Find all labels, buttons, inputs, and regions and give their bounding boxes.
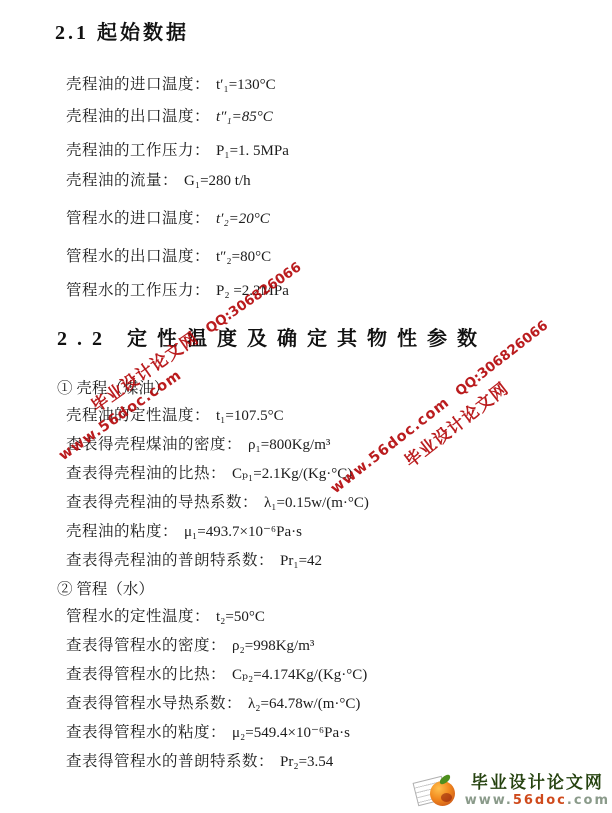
section-2-2-content: ① 壳程（煤油）壳程油的定性温度：t₁=107.5°C查表得壳程煤油的密度：ρ₁…	[57, 380, 369, 782]
line-label: 查表得壳程油的导热系数：	[66, 494, 258, 511]
line-label: 管程水的定性温度：	[66, 608, 210, 625]
watermark-site-name: 毕业设计论文网	[398, 332, 568, 472]
data-line: 查表得壳程油的普朗特系数：Pr₁=42	[66, 552, 369, 570]
line-value: ρ₂=998Kg/m³	[232, 638, 314, 654]
line-value: λ₂=64.78w/(m·°C)	[248, 696, 360, 712]
data-line: 查表得壳程煤油的密度：ρ₁=800Kg/m³	[66, 436, 369, 454]
logo-site-name: 毕业设计论文网	[465, 774, 610, 793]
logo-url-domain: 56doc	[513, 793, 567, 808]
logo-text: 毕业设计论文网 www.56doc.com	[465, 774, 610, 808]
data-line: 查表得壳程油的导热系数：λ₁=0.15w/(m·°C)	[66, 494, 369, 512]
line-label: 壳程油的出口温度：	[66, 108, 210, 125]
line-value: t′₁=130°C	[216, 77, 276, 93]
data-line: 管程水的定性温度：t₂=50°C	[66, 608, 369, 626]
data-line: 查表得管程水的密度：ρ₂=998Kg/m³	[66, 637, 369, 655]
section-2-1-title: 2.1 起始数据	[55, 16, 189, 45]
section-2-2-title: 2.2 定性温度及确定其物性参数	[57, 322, 487, 351]
logo-url-prefix: www.	[465, 793, 513, 808]
line-value: t₁=107.5°C	[216, 408, 284, 424]
data-line: 管程水的进口温度：t′₂=20°C	[66, 210, 289, 228]
logo-url: www.56doc.com	[465, 793, 610, 808]
orange-blotch-shape	[441, 793, 452, 802]
line-label: 查表得管程水的比热：	[66, 666, 226, 683]
line-label: 查表得管程水的粘度：	[66, 724, 226, 741]
data-line: 查表得管程水的粘度：μ₂=549.4×10⁻⁶Pa·s	[66, 724, 369, 742]
data-line: 查表得壳程油的比热：Cₚ₁=2.1Kg/(Kg·°C)	[66, 465, 369, 483]
line-label: 查表得管程水导热系数：	[66, 695, 242, 712]
line-label: 查表得壳程油的比热：	[66, 465, 226, 482]
data-line: 查表得管程水的普朗特系数：Pr₂=3.54	[66, 753, 369, 771]
line-label: 壳程油的粘度：	[66, 523, 178, 540]
line-label: 壳程油的进口温度：	[66, 76, 210, 93]
data-line: 壳程油的进口温度：t′₁=130°C	[66, 76, 289, 94]
line-value: t″₂=80°C	[216, 249, 271, 265]
logo-url-suffix: .com	[567, 793, 610, 808]
line-label: 查表得管程水的普朗特系数：	[66, 753, 274, 770]
line-value: Pr₂=3.54	[280, 754, 333, 770]
line-value: t₂=50°C	[216, 609, 265, 625]
line-value: t″₁=85°C	[216, 109, 273, 125]
orange-book-icon	[412, 772, 462, 810]
line-value: t′₂=20°C	[216, 211, 270, 227]
document-page: 2.1 起始数据 壳程油的进口温度：t′₁=130°C壳程油的出口温度：t″₁=…	[0, 0, 612, 813]
data-line: 管程水的出口温度：t″₂=80°C	[66, 248, 289, 266]
group-heading: ② 管程（水）	[57, 581, 369, 599]
line-label: 管程水的工作压力：	[66, 282, 210, 299]
data-line: 壳程油的流量：G₁=280 t/h	[66, 172, 289, 190]
line-value: ρ₁=800Kg/m³	[248, 437, 330, 453]
site-logo: 毕业设计论文网 www.56doc.com	[412, 772, 610, 810]
data-line: 查表得管程水导热系数：λ₂=64.78w/(m·°C)	[66, 695, 369, 713]
line-value: P₁=1. 5MPa	[216, 143, 289, 159]
line-value: G₁=280 t/h	[184, 173, 251, 189]
data-line: 壳程油的粘度：μ₁=493.7×10⁻⁶Pa·s	[66, 523, 369, 541]
data-line: 查表得管程水的比热：Cₚ₂=4.174Kg/(Kg·°C)	[66, 666, 369, 684]
line-label: 壳程油的流量：	[66, 172, 178, 189]
line-label: 查表得壳程油的普朗特系数：	[66, 552, 274, 569]
line-value: Cₚ₂=4.174Kg/(Kg·°C)	[232, 667, 367, 683]
line-label: 查表得管程水的密度：	[66, 637, 226, 654]
line-value: μ₂=549.4×10⁻⁶Pa·s	[232, 725, 350, 741]
line-value: μ₁=493.7×10⁻⁶Pa·s	[184, 524, 302, 540]
data-line: 壳程油的出口温度：t″₁=85°C	[66, 108, 289, 126]
data-line: 壳程油的工作压力：P₁=1. 5MPa	[66, 142, 289, 160]
line-label: 管程水的出口温度：	[66, 248, 210, 265]
line-label: 壳程油的工作压力：	[66, 142, 210, 159]
line-value: Pr₁=42	[280, 553, 322, 569]
line-label: 管程水的进口温度：	[66, 210, 210, 227]
